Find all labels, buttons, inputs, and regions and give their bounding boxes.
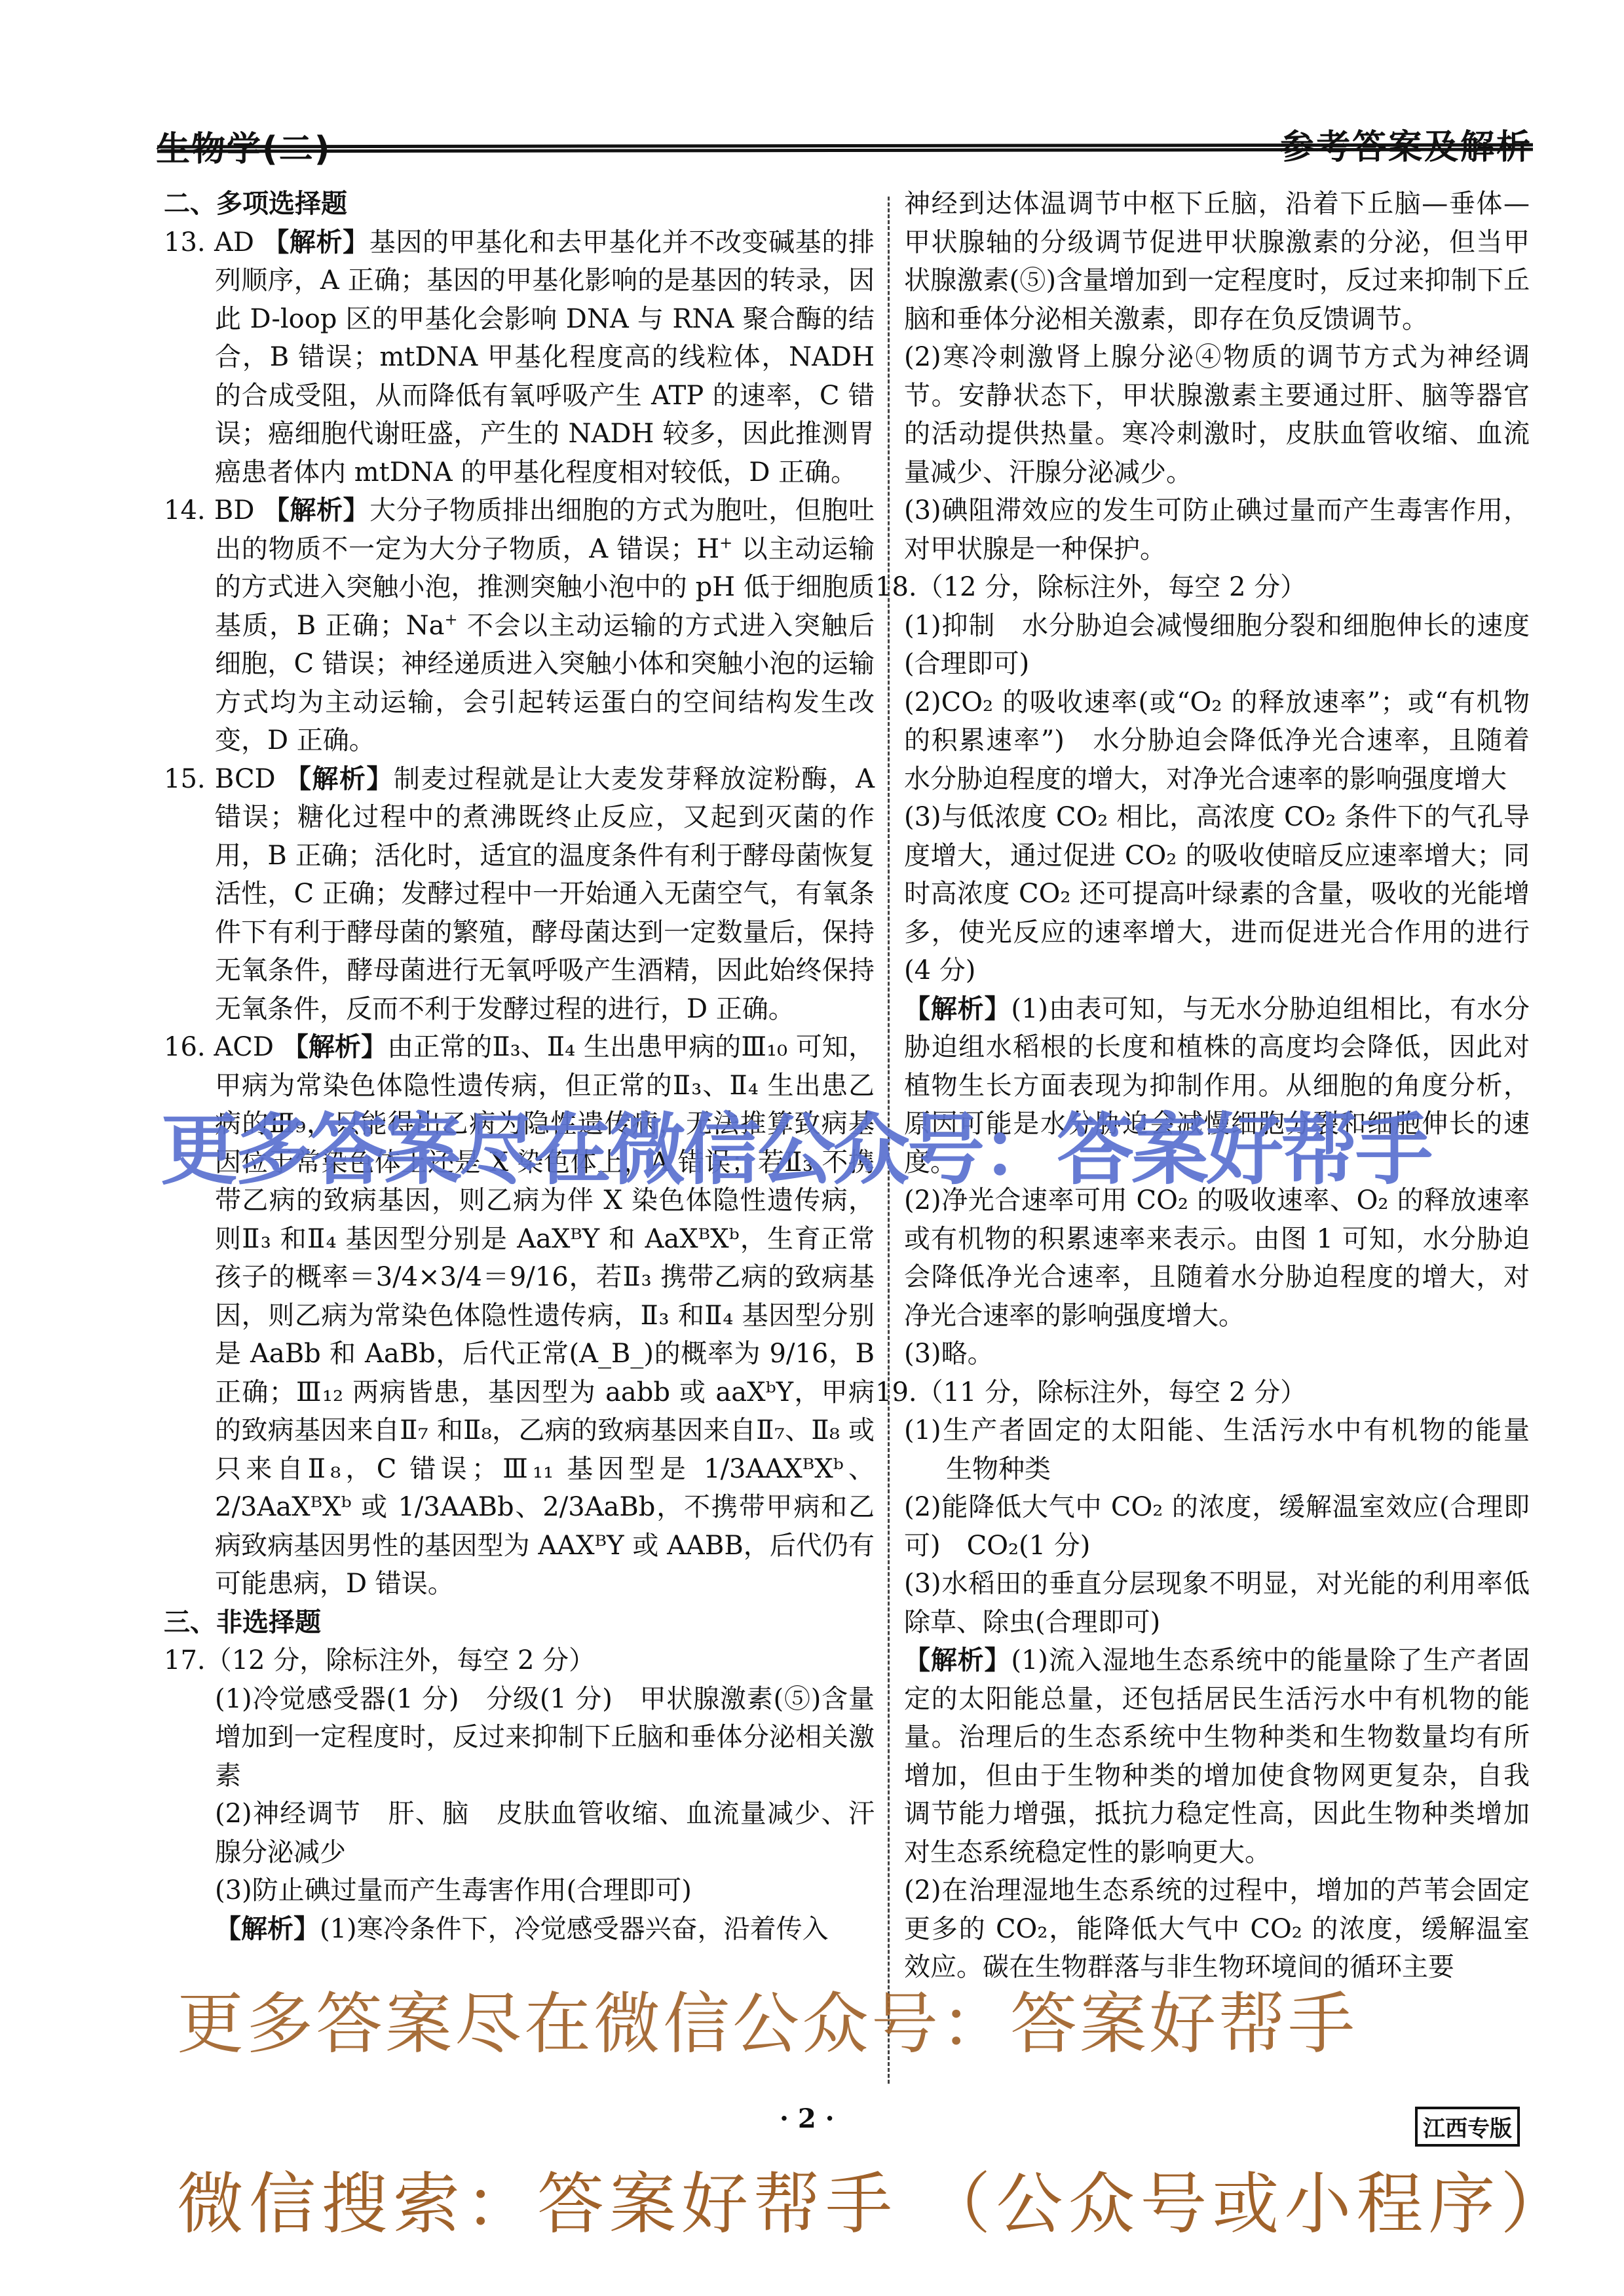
q19-answer-2: (2)能降低大气中 CO₂ 的浓度，缓解温室效应(合理即可) CO₂(1 分) xyxy=(904,1488,1530,1565)
q14-analysis-tag: 【解析】 xyxy=(263,495,369,526)
q13-analysis-text: 基因的甲基化和去甲基化并不改变碱基的排列顺序，A 正确；基因的甲基化影响的是基因… xyxy=(215,227,875,488)
q17-analysis-p1: 神经到达体温调节中枢下丘脑，沿着下丘脑—垂体—甲状腺轴的分级调节促进甲状腺激素的… xyxy=(904,185,1530,338)
q19-analysis-1-text: (1)流入湿地生态系统中的能量除了生产者固定的太阳能总量，还包括居民生活污水中有… xyxy=(904,1645,1530,1867)
watermark-brown-banner: 更多答案尽在微信公众号：答案好帮手 xyxy=(177,1985,1357,2064)
q14-sup-b: + xyxy=(444,610,457,628)
right-column: 神经到达体温调节中枢下丘脑，沿着下丘脑—垂体—甲状腺轴的分级调节促进甲状腺激素的… xyxy=(904,185,1530,1987)
q17-analysis-tag: 【解析】 xyxy=(215,1914,320,1944)
answer-q15: 15. BCD 【解析】制麦过程就是让大麦发芽释放淀粉酶，A 错误；糖化过程中的… xyxy=(164,760,875,1029)
q15-analysis-tag: 【解析】 xyxy=(285,764,394,794)
q16-analysis-tag: 【解析】 xyxy=(282,1032,387,1062)
watermark-blue-banner: 更多答案尽在微信公众号：答案好帮手 xyxy=(161,1107,1608,1193)
section-title-multiple-choice: 二、多项选择题 xyxy=(164,185,875,223)
q17-analysis-p3: (3)碘阻滞效应的发生可防止碘过量而产生毒害作用，对甲状腺是一种保护。 xyxy=(904,491,1530,568)
q16-number-answer: 16. ACD xyxy=(164,1032,274,1062)
q19-analysis-2: (2)在治理湿地生态系统的过程中，增加的芦苇会固定更多的 CO₂，能降低大气中 … xyxy=(904,1871,1530,1987)
q17-analysis-text: (1)寒冷条件下，冷觉感受器兴奋，沿着传入 xyxy=(320,1914,829,1944)
q19-answer-1: (1)生产者固定的太阳能、生活污水中有机物的能量 生物种类 xyxy=(904,1411,1530,1488)
q18-analysis-2: (2)净光合速率可用 CO₂ 的吸收速率、O₂ 的释放速率或有机物的积累速率来表… xyxy=(904,1181,1530,1335)
q18-analysis-3: (3)略。 xyxy=(904,1335,1530,1373)
left-column: 二、多项选择题 13. AD 【解析】基因的甲基化和去甲基化并不改变碱基的排列顺… xyxy=(164,185,875,1948)
edition-badge: 江西专版 xyxy=(1415,2107,1520,2147)
answer-q14: 14. BD 【解析】大分子物质排出细胞的方式为胞吐，但胞吐出的物质不一定为大分… xyxy=(164,491,875,760)
q14-sup-a: + xyxy=(719,533,732,552)
q17-answer-2: (2)神经调节 肝、脑 皮肤血管收缩、血流量减少、汗腺分泌减少 xyxy=(215,1795,875,1871)
q18-analysis-tag: 【解析】 xyxy=(904,994,1011,1024)
q13-number-answer: 13. AD xyxy=(164,227,254,258)
q18-answer-2: (2)CO₂ 的吸收速率(或“O₂ 的释放速率”；或“有机物的积累速率”) 水分… xyxy=(904,683,1530,799)
page-number: · 2 · xyxy=(780,2103,835,2134)
q19-analysis-tag: 【解析】 xyxy=(904,1645,1011,1675)
section-title-non-choice: 三、非选择题 xyxy=(164,1603,875,1642)
q17-header: 17.（12 分，除标注外，每空 2 分） xyxy=(164,1641,875,1680)
q19-analysis-1: 【解析】(1)流入湿地生态系统中的能量除了生产者固定的太阳能总量，还包括居民生活… xyxy=(904,1641,1530,1871)
q17-answer-1: (1)冷觉感受器(1 分) 分级(1 分) 甲状腺激素(⑤)含量增加到一定程度时… xyxy=(215,1680,875,1795)
q17-answers: (1)冷觉感受器(1 分) 分级(1 分) 甲状腺激素(⑤)含量增加到一定程度时… xyxy=(164,1680,875,1949)
q19-header: 19.（11 分，除标注外，每空 2 分） xyxy=(875,1373,1530,1412)
q14-number-answer: 14. BD xyxy=(164,495,254,526)
q17-analysis-p2: (2)寒冷刺激肾上腺分泌④物质的调节方式为神经调节。安静状态下，甲状腺激素主要通… xyxy=(904,338,1530,491)
q18-header: 18.（12 分，除标注外，每空 2 分） xyxy=(875,568,1530,607)
q18-answer-1: (1)抑制 水分胁迫会减慢细胞分裂和细胞伸长的速度(合理即可) xyxy=(904,607,1530,683)
answer-q13: 13. AD 【解析】基因的甲基化和去甲基化并不改变碱基的排列顺序，A 正确；基… xyxy=(164,223,875,492)
q18-answer-3: (3)与低浓度 CO₂ 相比，高浓度 CO₂ 条件下的气孔导度增大，通过促进 C… xyxy=(904,798,1530,990)
q19-answer-3: (3)水稻田的垂直分层现象不明显，对光能的利用率低 除草、除虫(合理即可) xyxy=(904,1565,1530,1641)
watermark-search-hint: 微信搜索：答案好帮手 （公众号或小程序） xyxy=(177,2162,1572,2248)
q15-analysis-text: 制麦过程就是让大麦发芽释放淀粉酶，A 错误；糖化过程中的煮沸既终止反应，又起到灭… xyxy=(215,764,875,1024)
q15-number-answer: 15. BCD xyxy=(164,764,276,794)
q17-answer-3: (3)防止碘过量而产生毒害作用(合理即可) xyxy=(215,1871,875,1910)
q13-analysis-tag: 【解析】 xyxy=(263,227,369,258)
q17-analysis-start: 【解析】(1)寒冷条件下，冷觉感受器兴奋，沿着传入 xyxy=(215,1910,875,1949)
